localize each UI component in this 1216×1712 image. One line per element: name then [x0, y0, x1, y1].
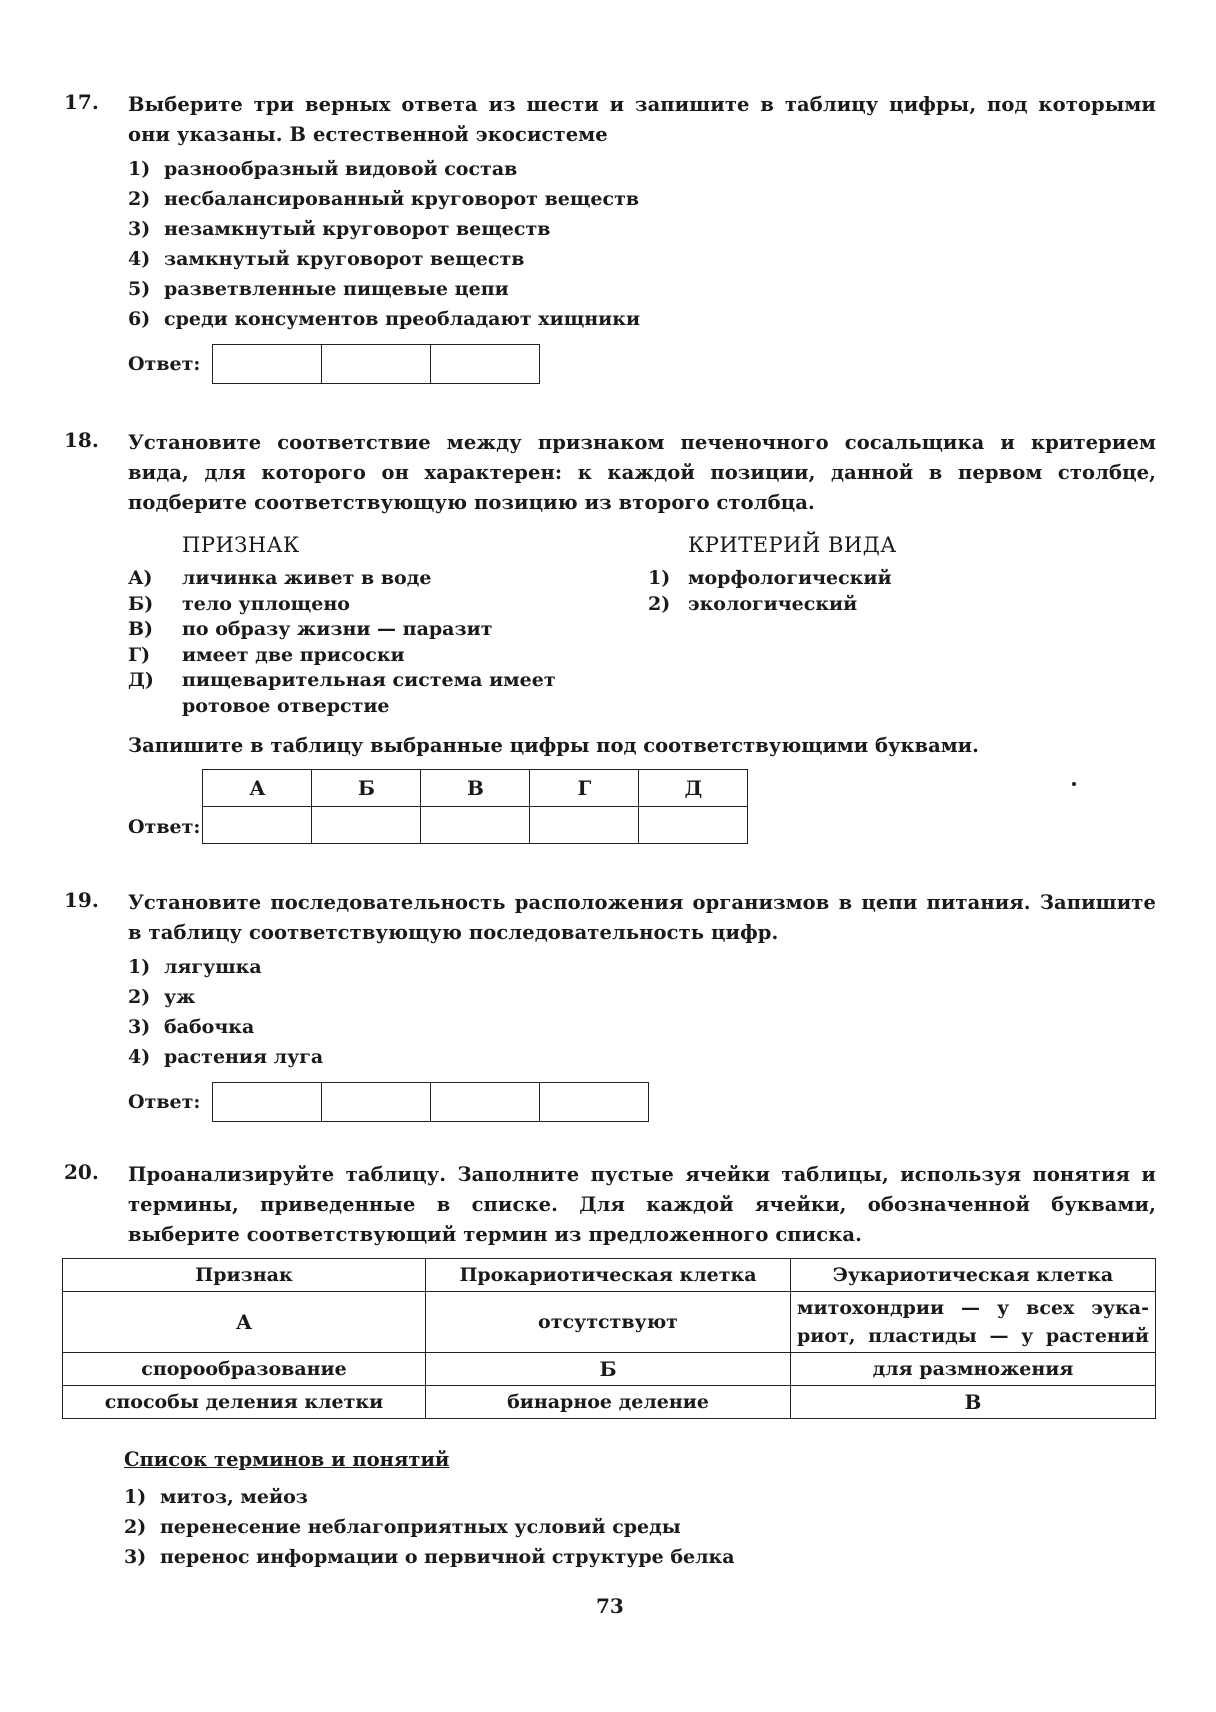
answer-cell[interactable]	[431, 1083, 540, 1121]
table-cell: для размножения	[791, 1353, 1156, 1386]
task-number: 20.	[64, 1160, 99, 1184]
table-cell[interactable]: В	[791, 1386, 1156, 1419]
comparison-table: Признак Прокариотическая клетка Эукариот…	[62, 1258, 1156, 1419]
answer-cell[interactable]	[322, 345, 431, 383]
matching-columns: ПРИЗНАК А)личинка живет в воде Б)тело уп…	[128, 528, 1156, 719]
table-cell: бинарное деление	[426, 1386, 791, 1419]
option-item: 1)разнообразный видовой состав	[128, 154, 1156, 184]
task-number: 17.	[64, 90, 99, 114]
letter-cell: Д	[639, 770, 748, 807]
answer-box	[212, 1082, 649, 1122]
task-number: 19.	[64, 888, 99, 912]
option-item: 3)бабочка	[128, 1012, 1156, 1042]
table-cell: способы деления клетки	[63, 1386, 426, 1419]
task-number: 18.	[64, 428, 99, 452]
exam-page: 17. Выберите три верных ответа из шести …	[0, 0, 1216, 1712]
answer-label: Ответ:	[128, 353, 200, 375]
option-item: 1)лягушка	[128, 952, 1156, 982]
criterion-item: 2)экологический	[648, 592, 897, 618]
answer-cell[interactable]	[322, 1083, 431, 1121]
options-list: 1)лягушка 2)уж 3)бабочка 4)растения луга	[128, 952, 1156, 1072]
term-item: 2)перенесение неблагоприятных условий ср…	[124, 1512, 735, 1542]
table-cell[interactable]: Б	[426, 1353, 791, 1386]
answer-cell[interactable]	[540, 1083, 648, 1121]
table-cell[interactable]: А	[63, 1292, 426, 1353]
answers-row	[203, 807, 748, 844]
feature-item: Г)имеет две присоски	[128, 643, 648, 669]
task-question: Выберите три верных ответа из шести и за…	[128, 90, 1156, 150]
option-item: 2)уж	[128, 982, 1156, 1012]
term-item: 1)митоз, мейоз	[124, 1482, 735, 1512]
column-header: КРИТЕРИЙ ВИДА	[688, 528, 897, 562]
letter-cell: А	[203, 770, 312, 807]
instruction: Запишите в таблицу выбранные цифры под с…	[128, 731, 1156, 761]
table-row: А отсутствуют митохондрии — у всех эука-…	[63, 1292, 1156, 1353]
criterion-item: 1)морфологический	[648, 566, 897, 592]
print-speck	[1072, 782, 1076, 786]
table-cell: отсутствуют	[426, 1292, 791, 1353]
feature-column: ПРИЗНАК А)личинка живет в воде Б)тело уп…	[128, 528, 648, 719]
answer-cell[interactable]	[421, 807, 530, 844]
criterion-column: КРИТЕРИЙ ВИДА 1)морфологический 2)эколог…	[648, 528, 897, 719]
option-item: 6)среди консументов преобладают хищники	[128, 304, 1156, 334]
letter-cell: Б	[312, 770, 421, 807]
table-cell: спорообразование	[63, 1353, 426, 1386]
task-question: Проанализируйте таблицу. Заполните пусты…	[128, 1160, 1156, 1250]
answer-cell[interactable]	[203, 807, 312, 844]
feature-item: В)по образу жизни — паразит	[128, 617, 648, 643]
answer-cell[interactable]	[312, 807, 421, 844]
page-number: 73	[596, 1594, 624, 1618]
answer-cell[interactable]	[639, 807, 748, 844]
option-item: 2)несбалансированный круговорот веществ	[128, 184, 1156, 214]
term-item: 3)перенос информации о первичной структу…	[124, 1542, 735, 1572]
task-19: 19. Установите последовательность распол…	[64, 888, 1156, 1122]
table-row: способы деления клетки бинарное деление …	[63, 1386, 1156, 1419]
task-20: 20. Проанализируйте таблицу. Заполните п…	[64, 1160, 1156, 1250]
option-item: 3)незамкнутый круговорот веществ	[128, 214, 1156, 244]
answer-box	[212, 344, 540, 384]
table-row: спорообразование Б для размножения	[63, 1353, 1156, 1386]
letter-cell: Г	[530, 770, 639, 807]
task-18: 18. Установите соответствие между призна…	[64, 428, 1156, 844]
option-item: 4)замкнутый круговорот веществ	[128, 244, 1156, 274]
task-question: Установите последовательность расположен…	[128, 888, 1156, 948]
task-question: Установите соответствие между признаком …	[128, 428, 1156, 518]
answer-cell[interactable]	[213, 1083, 322, 1121]
answer-label: Ответ:	[128, 1091, 200, 1113]
answer-label: Ответ:	[128, 816, 200, 838]
option-item: 5)разветвленные пищевые цепи	[128, 274, 1156, 304]
feature-item: Б)тело уплощено	[128, 592, 648, 618]
table-header-row: Признак Прокариотическая клетка Эукариот…	[63, 1259, 1156, 1292]
letter-cell: В	[421, 770, 530, 807]
answer-table: Ответ: А Б В Г Д	[128, 769, 1156, 844]
table-header: Признак	[63, 1259, 426, 1292]
letters-row: А Б В Г Д	[203, 770, 748, 807]
table-cell: митохондрии — у всех эука-риот, пластиды…	[791, 1292, 1156, 1353]
table-header: Эукариотическая клетка	[791, 1259, 1156, 1292]
column-header: ПРИЗНАК	[182, 528, 648, 562]
terms-list: 1)митоз, мейоз 2)перенесение неблагоприя…	[124, 1482, 735, 1572]
answer-cell[interactable]	[213, 345, 322, 383]
feature-item: Д)пищеварительная система имеет ротовое …	[128, 668, 648, 719]
feature-item: А)личинка живет в воде	[128, 566, 648, 592]
table-header: Прокариотическая клетка	[426, 1259, 791, 1292]
answer-row: Ответ:	[128, 1082, 1156, 1122]
terms-list-title: Список терминов и понятий	[124, 1448, 449, 1471]
answer-cell[interactable]	[530, 807, 639, 844]
answer-cell[interactable]	[431, 345, 539, 383]
option-item: 4)растения луга	[128, 1042, 1156, 1072]
task-17: 17. Выберите три верных ответа из шести …	[64, 90, 1156, 384]
options-list: 1)разнообразный видовой состав 2)несбала…	[128, 154, 1156, 334]
answer-row: Ответ:	[128, 344, 1156, 384]
